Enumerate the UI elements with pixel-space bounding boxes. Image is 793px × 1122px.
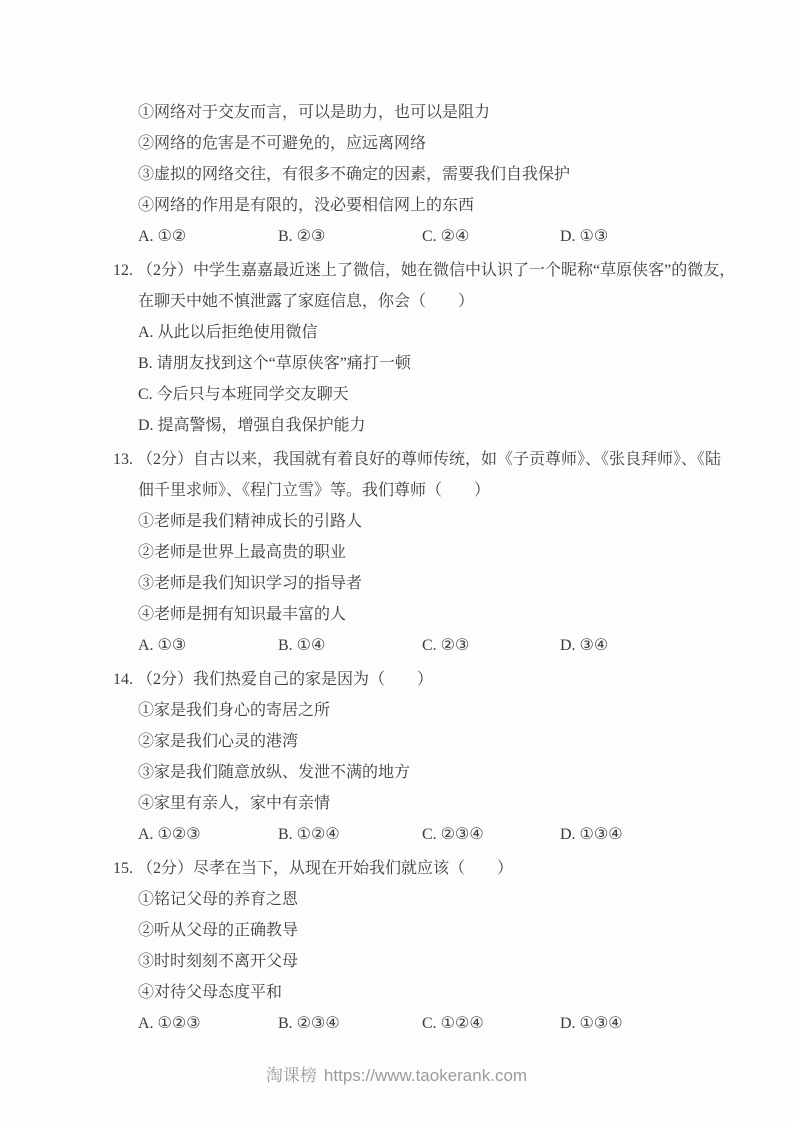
question-11-choices-row: A. ①② B. ②③ C. ②④ D. ①③	[0, 221, 793, 252]
question-14-choice-b: B. ①②④	[278, 819, 418, 850]
watermark-footer: 淘课榜https://www.taokerank.com	[0, 1064, 793, 1088]
question-14-item-2: ②家是我们心灵的港湾	[0, 726, 793, 757]
question-13-choices-row: A. ①③ B. ①④ C. ②③ D. ③④	[0, 630, 793, 661]
question-15-item-3: ③时时刻刻不离开父母	[0, 946, 793, 977]
question-12-stem-line-1: 12. （2分）中学生嘉嘉最近迷上了微信，她在微信中认识了一个昵称“草原侠客”的…	[0, 255, 793, 286]
question-13-stem-line-1: 13. （2分）自古以来，我国就有着良好的尊师传统，如《子贡尊师》、《张良拜师》…	[0, 444, 793, 475]
question-12-stem-line-2: 在聊天中她不慎泄露了家庭信息，你会（ ）	[0, 286, 793, 317]
question-14-item-4: ④家里有亲人，家中有亲情	[0, 788, 793, 819]
question-11-choice-d: D. ①③	[560, 221, 608, 252]
question-12-option-b: B. 请朋友找到这个“草原侠客”痛打一顿	[0, 348, 793, 379]
question-13-item-1: ①老师是我们精神成长的引路人	[0, 506, 793, 537]
question-14-stem-line-1: 14. （2分）我们热爱自己的家是因为（ ）	[0, 664, 793, 695]
question-14-choice-a: A. ①②③	[138, 819, 274, 850]
question-15: 15. （2分）尽孝在当下，从现在开始我们就应该（ ） ①铭记父母的养育之恩 ②…	[0, 853, 793, 1039]
question-13-item-3: ③老师是我们知识学习的指导者	[0, 568, 793, 599]
question-12-option-c: C. 今后只与本班同学交友聊天	[0, 379, 793, 410]
question-11-item-1: ①网络对于交友而言，可以是助力，也可以是阻力	[0, 97, 793, 128]
question-11-item-4: ④网络的作用是有限的，没必要相信网上的东西	[0, 190, 793, 221]
question-13-choice-d: D. ③④	[560, 630, 608, 661]
question-14: 14. （2分）我们热爱自己的家是因为（ ） ①家是我们身心的寄居之所 ②家是我…	[0, 664, 793, 850]
question-12-option-d: D. 提高警惕，增强自我保护能力	[0, 410, 793, 441]
question-13-choice-a: A. ①③	[138, 630, 274, 661]
question-11-choice-c: C. ②④	[422, 221, 556, 252]
question-13-choice-b: B. ①④	[278, 630, 418, 661]
question-15-item-1: ①铭记父母的养育之恩	[0, 884, 793, 915]
exam-page: ①网络对于交友而言，可以是助力，也可以是阻力 ②网络的危害是不可避免的，应远离网…	[0, 0, 793, 1122]
question-15-stem-line-1: 15. （2分）尽孝在当下，从现在开始我们就应该（ ）	[0, 853, 793, 884]
question-14-choices-row: A. ①②③ B. ①②④ C. ②③④ D. ①③④	[0, 819, 793, 850]
question-14-choice-c: C. ②③④	[422, 819, 556, 850]
question-15-choice-c: C. ①②④	[422, 1008, 556, 1039]
question-13-choice-c: C. ②③	[422, 630, 556, 661]
question-15-item-4: ④对待父母态度平和	[0, 977, 793, 1008]
question-14-choice-d: D. ①③④	[560, 819, 623, 850]
question-14-item-1: ①家是我们身心的寄居之所	[0, 695, 793, 726]
question-12: 12. （2分）中学生嘉嘉最近迷上了微信，她在微信中认识了一个昵称“草原侠客”的…	[0, 255, 793, 441]
question-13: 13. （2分）自古以来，我国就有着良好的尊师传统，如《子贡尊师》、《张良拜师》…	[0, 444, 793, 661]
exam-content: ①网络对于交友而言，可以是助力，也可以是阻力 ②网络的危害是不可避免的，应远离网…	[0, 97, 793, 1039]
question-11-item-2: ②网络的危害是不可避免的，应远离网络	[0, 128, 793, 159]
question-11-choice-b: B. ②③	[278, 221, 418, 252]
question-11-item-3: ③虚拟的网络交往，有很多不确定的因素，需要我们自我保护	[0, 159, 793, 190]
question-13-item-2: ②老师是世界上最高贵的职业	[0, 537, 793, 568]
question-15-item-2: ②听从父母的正确教导	[0, 915, 793, 946]
question-13-stem-line-2: 佃千里求师》、《程门立雪》等。我们尊师（ ）	[0, 475, 793, 506]
question-11-choice-a: A. ①②	[138, 221, 274, 252]
question-13-item-4: ④老师是拥有知识最丰富的人	[0, 599, 793, 630]
question-15-choice-b: B. ②③④	[278, 1008, 418, 1039]
question-15-choice-d: D. ①③④	[560, 1008, 623, 1039]
site-url: https://www.taokerank.com	[324, 1066, 527, 1085]
site-brand: 淘课榜	[266, 1066, 317, 1085]
question-15-choices-row: A. ①②③ B. ②③④ C. ①②④ D. ①③④	[0, 1008, 793, 1039]
question-11: ①网络对于交友而言，可以是助力，也可以是阻力 ②网络的危害是不可避免的，应远离网…	[0, 97, 793, 252]
question-15-choice-a: A. ①②③	[138, 1008, 274, 1039]
question-12-option-a: A. 从此以后拒绝使用微信	[0, 317, 793, 348]
question-14-item-3: ③家是我们随意放纵、发泄不满的地方	[0, 757, 793, 788]
